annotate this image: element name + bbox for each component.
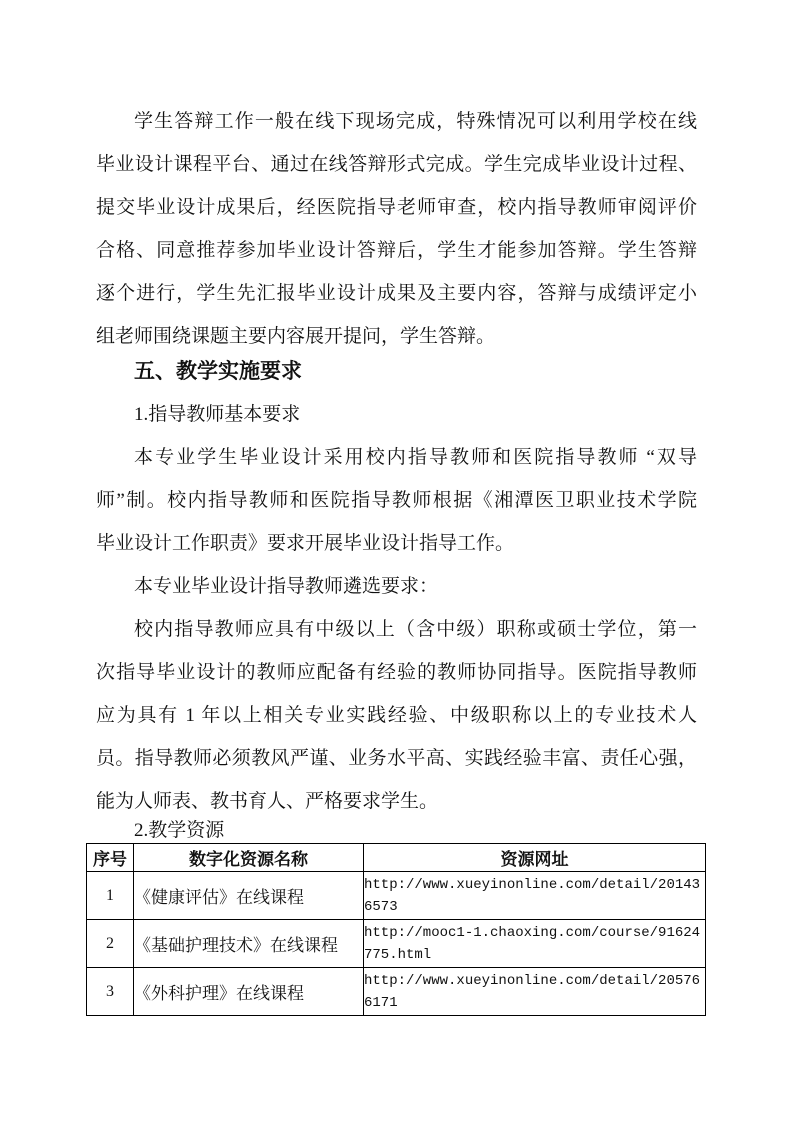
- paragraph-line: 应为具有 1 年以上相关专业实践经验、中级职称以上的专业技术人: [96, 694, 697, 737]
- paragraph-line: 师”制。校内指导教师和医院指导教师根据《湘潭医卫职业技术学院: [96, 479, 697, 522]
- subsection-title-teacher-requirements: 1.指导教师基本要求: [96, 393, 697, 436]
- selection-requirements-lead: 本专业毕业设计指导教师遴选要求：: [96, 565, 697, 608]
- paragraph-line: 员。指导教师必须教风严谨、业务水平高、实践经验丰富、责任心强，: [96, 737, 697, 780]
- cell-resource-name: 《健康评估》在线课程: [134, 872, 364, 920]
- dual-supervisor-paragraph: 本专业学生毕业设计采用校内指导教师和医院指导教师 “双导 师”制。校内指导教师和…: [96, 436, 697, 565]
- paragraph-line: 提交毕业设计成果后，经医院指导老师审查，校内指导教师审阅评价: [96, 186, 697, 229]
- cell-index: 3: [87, 968, 134, 1016]
- cell-index: 1: [87, 872, 134, 920]
- document-page: 学生答辩工作一般在线下现场完成，特殊情况可以利用学校在线 毕业设计课程平台、通过…: [0, 0, 793, 1122]
- resources-table: 序号 数字化资源名称 资源网址 1 《健康评估》在线课程 http://www.…: [86, 843, 706, 1016]
- paragraph-line: 合格、同意推荐参加毕业设计答辩后，学生才能参加答辩。学生答辩: [96, 229, 697, 272]
- cell-resource-url[interactable]: http://mooc1-1.chaoxing.com/course/91624…: [364, 920, 706, 968]
- col-header-index: 序号: [87, 844, 134, 872]
- paragraph-line: 次指导毕业设计的教师应配备有经验的教师协同指导。医院指导教师: [96, 651, 697, 694]
- defense-paragraph: 学生答辩工作一般在线下现场完成，特殊情况可以利用学校在线 毕业设计课程平台、通过…: [96, 100, 697, 358]
- paragraph-line: 逐个进行，学生先汇报毕业设计成果及主要内容，答辩与成绩评定小: [96, 272, 697, 315]
- paragraph-line: 校内指导教师应具有中级以上（含中级）职称或硕士学位，第一: [96, 608, 697, 651]
- cell-resource-name: 《外科护理》在线课程: [134, 968, 364, 1016]
- cell-resource-name: 《基础护理技术》在线课程: [134, 920, 364, 968]
- teacher-selection-paragraph: 校内指导教师应具有中级以上（含中级）职称或硕士学位，第一 次指导毕业设计的教师应…: [96, 608, 697, 823]
- cell-resource-url[interactable]: http://www.xueyinonline.com/detail/20143…: [364, 872, 706, 920]
- document-content: 学生答辩工作一般在线下现场完成，特殊情况可以利用学校在线 毕业设计课程平台、通过…: [0, 0, 793, 1016]
- cell-resource-url[interactable]: http://www.xueyinonline.com/detail/20576…: [364, 968, 706, 1016]
- paragraph-line: 本专业学生毕业设计采用校内指导教师和医院指导教师 “双导: [96, 436, 697, 479]
- paragraph-line: 毕业设计课程平台、通过在线答辩形式完成。学生完成毕业设计过程、: [96, 143, 697, 186]
- paragraph-line: 学生答辩工作一般在线下现场完成，特殊情况可以利用学校在线: [96, 100, 697, 143]
- col-header-resource-url: 资源网址: [364, 844, 706, 872]
- table-row: 2 《基础护理技术》在线课程 http://mooc1-1.chaoxing.c…: [87, 920, 706, 968]
- paragraph-line: 毕业设计工作职责》要求开展毕业设计指导工作。: [96, 522, 697, 565]
- table-row: 1 《健康评估》在线课程 http://www.xueyinonline.com…: [87, 872, 706, 920]
- cell-index: 2: [87, 920, 134, 968]
- table-row: 3 《外科护理》在线课程 http://www.xueyinonline.com…: [87, 968, 706, 1016]
